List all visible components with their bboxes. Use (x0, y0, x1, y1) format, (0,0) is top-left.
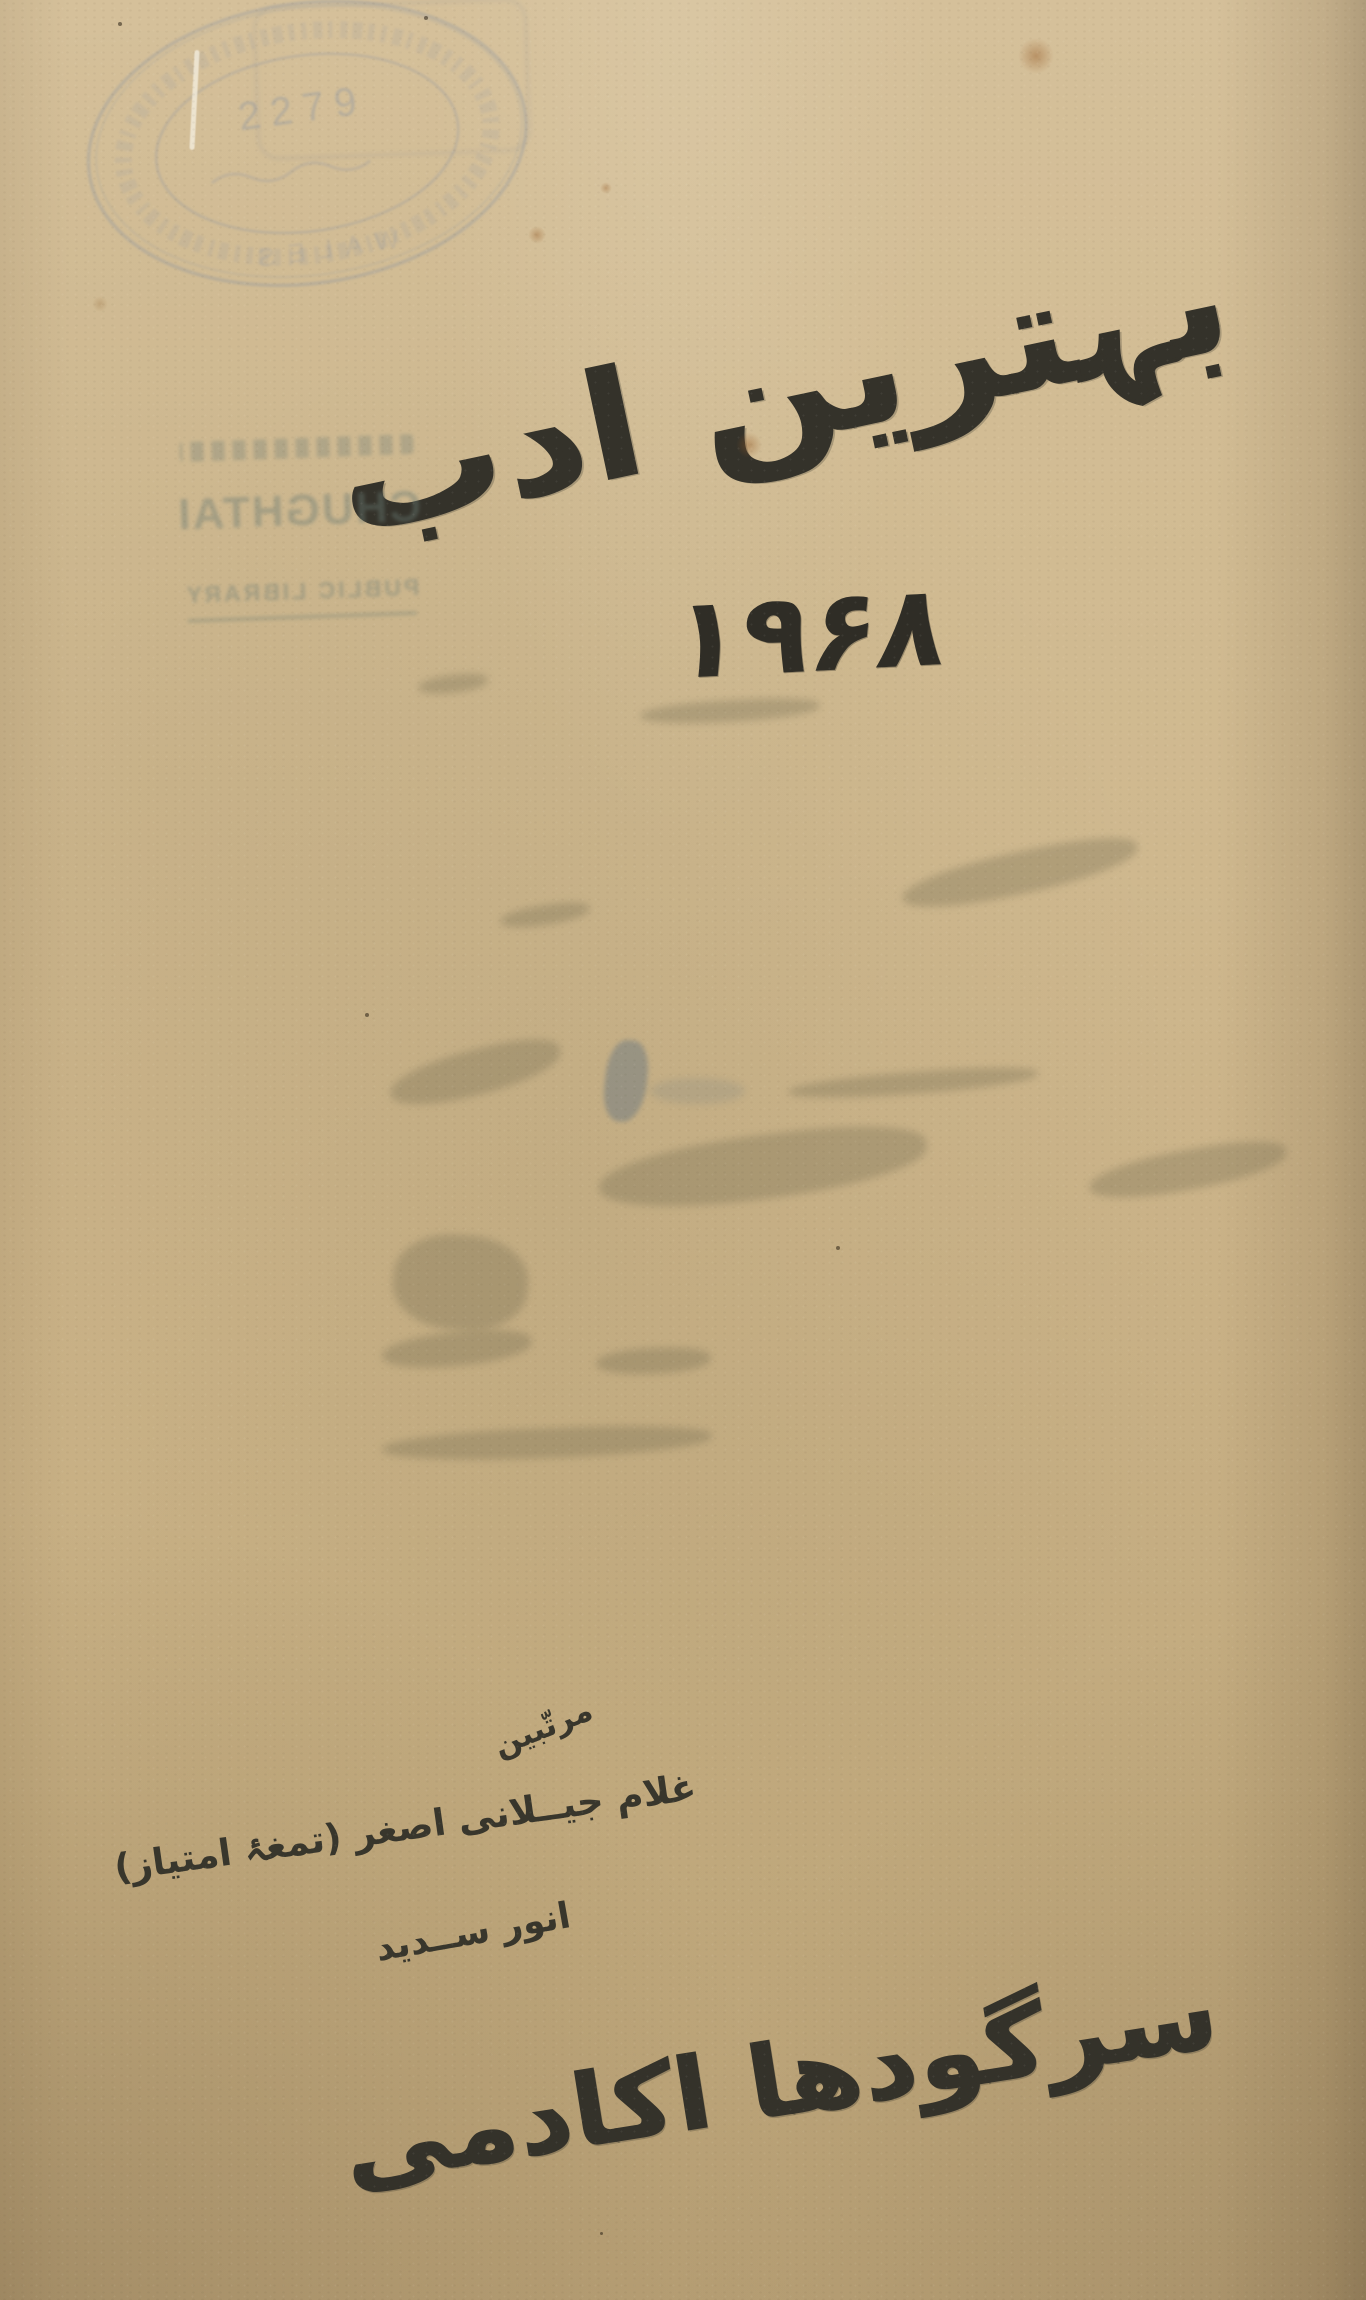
bleedthrough-smudge (898, 828, 1141, 919)
foxing-spot (528, 226, 546, 244)
paper-fleck (365, 1013, 369, 1017)
bleedthrough-library-name: CHUGHTAI (163, 481, 435, 540)
bleedthrough-smudge (499, 899, 591, 931)
bleedthrough-smudge (595, 1115, 930, 1219)
bleedthrough-smudge (382, 1422, 713, 1463)
bleedthrough-stamp-outline (252, 0, 531, 161)
editor-name-1: غلام جیــلانی اصغر (تمغۂ امتیاز) (211, 1756, 600, 1898)
bleedthrough-smudge (417, 671, 488, 696)
bleedthrough-smudge (1086, 1133, 1290, 1207)
foxing-spot (600, 182, 612, 194)
paper-fleck (836, 1246, 840, 1250)
bleedthrough-smudge (788, 1063, 1039, 1102)
bleedthrough-smudge (390, 1230, 531, 1334)
verso-stamp-bleedthrough: CHUGHTAI PUBLIC LIBRARY (161, 425, 439, 669)
bleedthrough-library-type: PUBLIC LIBRARY (166, 573, 437, 609)
publisher-calligraphy: سرگودھا اکادمی (382, 1928, 1179, 2232)
paper-fleck (600, 2232, 603, 2235)
paper-fleck (424, 16, 428, 20)
scanned-book-title-page: { "document": { "description": "Aged sca… (0, 0, 1366, 2300)
foxing-spot (736, 432, 762, 458)
bleedthrough-smudge (385, 1030, 566, 1116)
bleedthrough-smudge (596, 1346, 712, 1376)
bleedthrough-illegible-line (179, 434, 414, 462)
ink-smudge-tail (650, 1078, 745, 1104)
ink-smudge (601, 1038, 651, 1124)
editor-name-2: انور ســدید (372, 1876, 573, 1988)
foxing-spot (1018, 38, 1054, 74)
bleedthrough-smudge (381, 1326, 533, 1373)
paper-fleck (118, 22, 122, 26)
bleedthrough-underline (187, 611, 417, 623)
foxing-spot (92, 296, 108, 312)
